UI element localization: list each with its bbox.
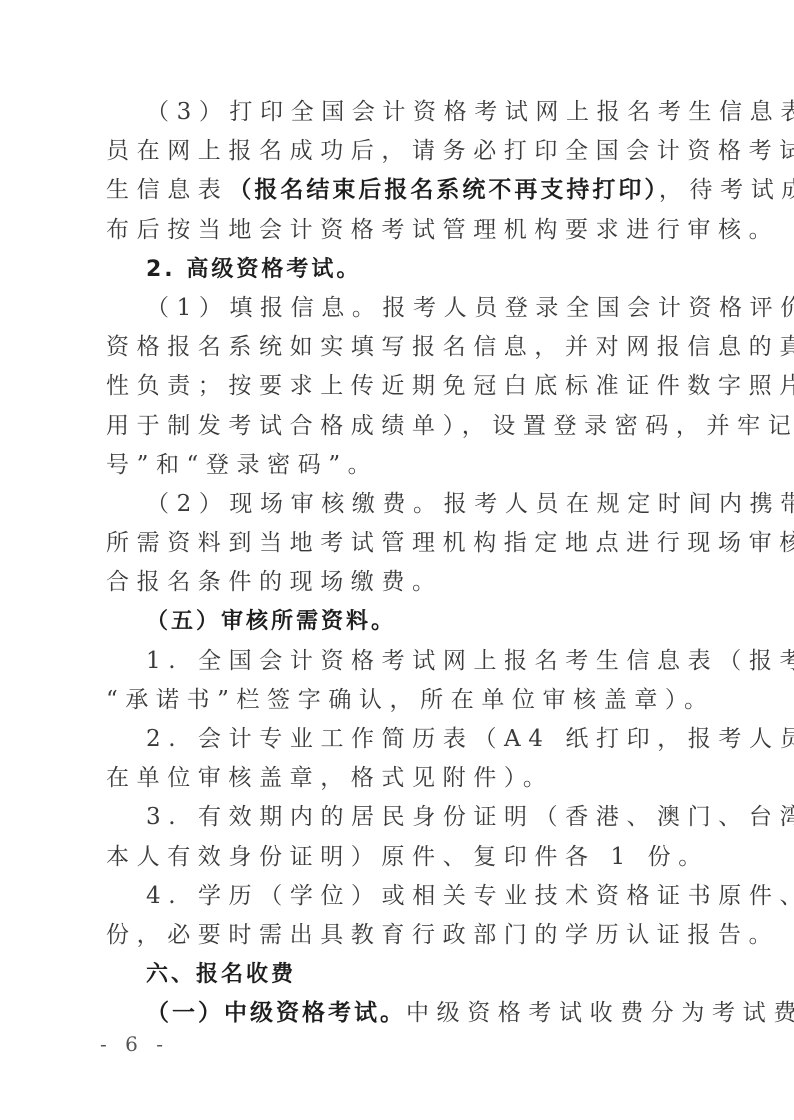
list-item: 1. 全国会计资格考试网上报名考生信息表（报考人员须在 [106, 642, 694, 681]
list-item: 3. 有效期内的居民身份证明（香港、澳门、台湾居民应提交 [106, 798, 694, 837]
chapter-heading: 六、报名收费 [106, 955, 694, 994]
text-run: 中级资格考试收费分为考试费和考务 [406, 1000, 794, 1026]
paragraph-line: 份，必要时需出具教育行政部门的学历认证报告。 [106, 916, 694, 955]
paragraph-line: 号”和“登录密码”。 [106, 446, 694, 485]
paragraph-line: 用于制发考试合格成绩单），设置登录密码，并牢记“报名注册 [106, 407, 694, 446]
paragraph-line: （1）填报信息。报考人员登录全国会计资格评价网的高级 [106, 289, 694, 328]
paragraph-line: 资格报名系统如实填写报名信息，并对网报信息的真实性、有效 [106, 328, 694, 367]
list-item: 4. 学历（学位）或相关专业技术资格证书原件、复印件各 1 [106, 877, 694, 916]
paragraph-line: 员在网上报名成功后，请务必打印全国会计资格考试网上报名考 [106, 132, 694, 171]
paragraph-line: 合报名条件的现场缴费。 [106, 563, 694, 602]
paragraph-line: 性负责；按要求上传近期免冠白底标准证件数字照片（此照片将 [106, 367, 694, 406]
paragraph-line: （一）中级资格考试。中级资格考试收费分为考试费和考务 [106, 994, 694, 1033]
page-number: - 6 - [100, 1032, 169, 1056]
section-heading: （五）审核所需资料。 [106, 602, 694, 641]
emphasis-text: （报名结束后报名系统不再支持打印） [228, 177, 659, 203]
paragraph-line: 生信息表（报名结束后报名系统不再支持打印），待考试成绩公 [106, 171, 694, 210]
text-run: 生信息表 [106, 177, 228, 203]
paragraph-line: 本人有效身份证明）原件、复印件各 1 份。 [106, 838, 694, 877]
paragraph-line: 所需资料到当地考试管理机构指定地点进行现场审核，经审核符 [106, 524, 694, 563]
paragraph-line: “承诺书”栏签字确认，所在单位审核盖章）。 [106, 681, 694, 720]
subsection-heading: （一）中级资格考试。 [146, 1000, 406, 1026]
paragraph-line: 在单位审核盖章，格式见附件）。 [106, 759, 694, 798]
document-page: （3）打印全国会计资格考试网上报名考生信息表。报考人 员在网上报名成功后，请务必… [106, 93, 694, 1034]
list-item: 2. 会计专业工作简历表（A4 纸打印，报考人员签名后由所 [106, 720, 694, 759]
paragraph-line: 布后按当地会计资格考试管理机构要求进行审核。 [106, 211, 694, 250]
paragraph-line: （3）打印全国会计资格考试网上报名考生信息表。报考人 [106, 93, 694, 132]
section-heading: 2. 高级资格考试。 [106, 250, 694, 289]
paragraph-line: （2）现场审核缴费。报考人员在规定时间内携带报名审核 [106, 485, 694, 524]
text-run: ，待考试成绩公 [659, 177, 794, 203]
